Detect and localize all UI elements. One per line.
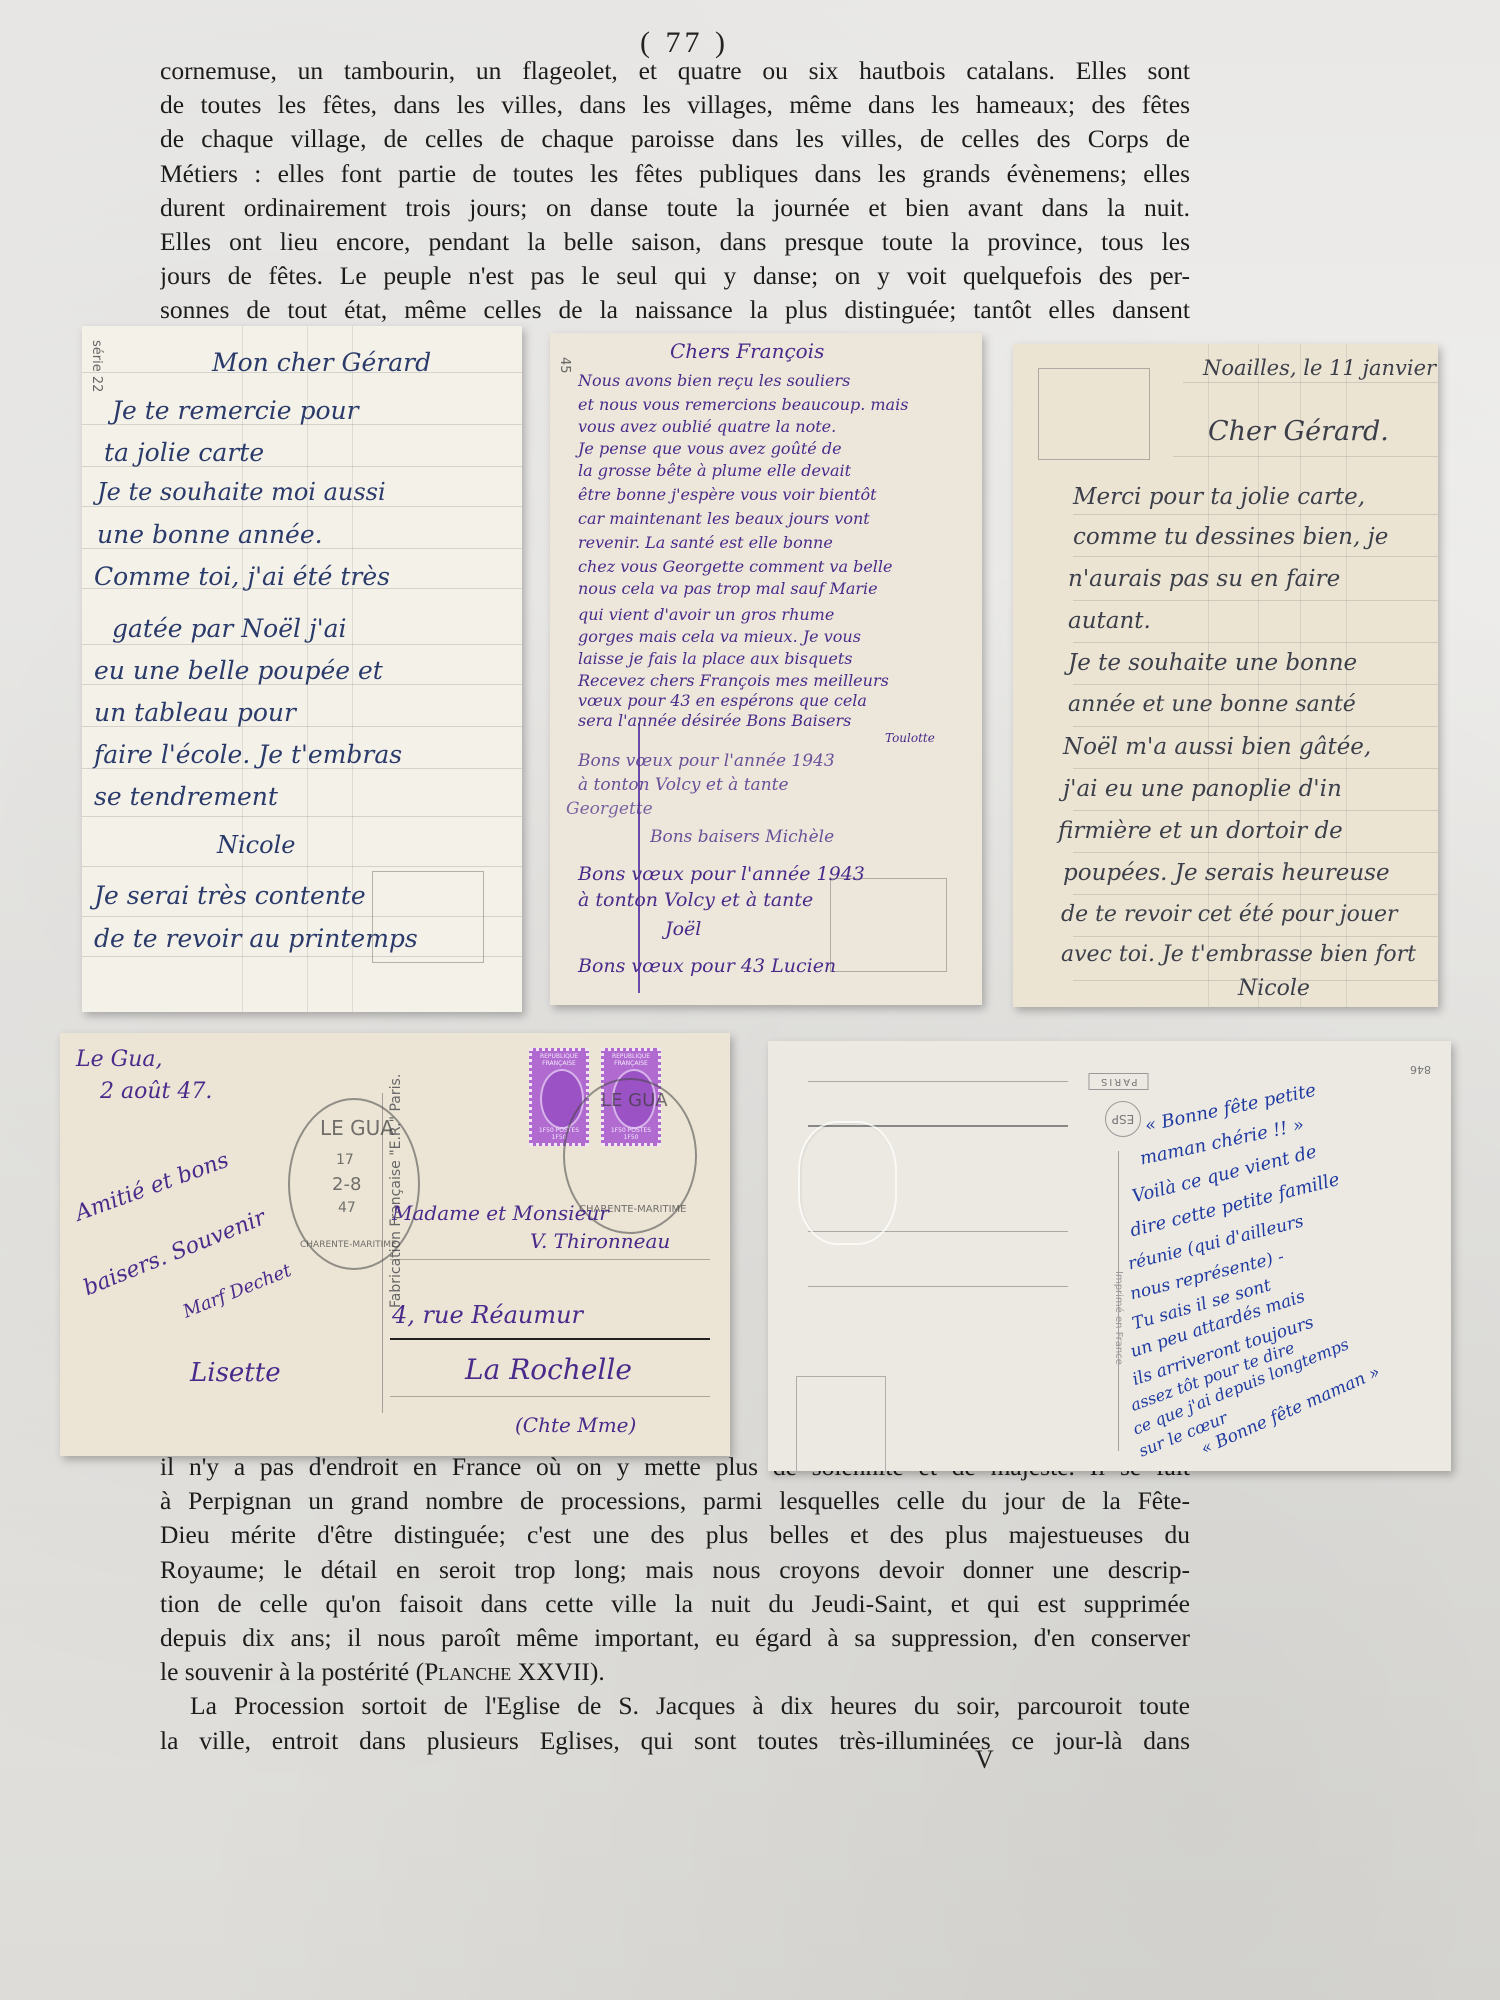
card2-line: chez vous Georgette comment va belle xyxy=(578,557,892,576)
card1-line: ta jolie carte xyxy=(104,438,264,467)
card1-signature: Nicole xyxy=(217,831,295,859)
esp-publisher-badge: ESP xyxy=(1105,1101,1141,1137)
print-line: Elles ont lieu encore, pendant la belle … xyxy=(160,225,1190,259)
card2-line: Bons vœux pour l'année 1943 xyxy=(578,863,865,885)
card2-line: sera l'année désirée Bons Baisers xyxy=(578,711,851,730)
card2-line: revenir. La santé est elle bonne xyxy=(578,533,833,552)
card2-line: laisse je fais la place aux bisquets xyxy=(578,649,852,668)
card3-line: de te revoir cet été pour jouer xyxy=(1061,902,1398,927)
print-line: la ville, entroit dans plusieurs Eglises… xyxy=(160,1724,1190,1758)
stamp-placeholder-box xyxy=(1038,368,1150,460)
card3-line: année et une bonne santé xyxy=(1068,692,1356,717)
card2-line: Bons vœux pour 43 Lucien xyxy=(578,955,836,977)
embossed-decoration-icon xyxy=(798,1121,897,1245)
card3-line: autant. xyxy=(1068,608,1151,634)
card2-line: nous cela va pas trop mal sauf Marie xyxy=(578,579,878,598)
card4-signature: Marf Dechet xyxy=(180,1260,294,1322)
card2-line: Recevez chers François mes meilleurs xyxy=(578,671,889,690)
card1-line: Comme toi, j'ai été très xyxy=(94,562,390,591)
card3-line: comme tu dessines bien, je xyxy=(1073,524,1388,550)
card2-line: à tonton Volcy et à tante xyxy=(578,775,789,795)
card3-line: Merci pour ta jolie carte, xyxy=(1073,484,1365,510)
postcard-4: Fabrication Française "E.R." Paris. LE G… xyxy=(60,1033,730,1456)
card2-line: car maintenant les beaux jours vont xyxy=(578,509,870,528)
signature-mark: V xyxy=(975,1745,994,1775)
card-number: 846 xyxy=(1410,1063,1431,1076)
card1-line: Je te souhaite moi aussi xyxy=(97,478,386,506)
postcard-1: série 22 Mon cher Gérard Je te remercie … xyxy=(82,326,522,1012)
print-line: Métiers : elles font partie de toutes le… xyxy=(160,157,1190,191)
print-line: Dieu mérite d'être distinguée; c'est une… xyxy=(160,1518,1190,1552)
card2-line: Je pense que vous avez goûté de xyxy=(578,439,842,458)
card2-line: Joël xyxy=(665,918,701,940)
card2-line: qui vient d'avoir un gros rhume xyxy=(578,605,834,624)
card1-line: une bonne année. xyxy=(97,520,323,549)
address-line: Madame et Monsieur xyxy=(392,1201,609,1225)
postcard-3: Noailles, le 11 janvier Cher Gérard. Mer… xyxy=(1013,344,1438,1007)
card4-place: Le Gua, xyxy=(76,1047,162,1072)
print-line: durent ordinairement trois jours; on dan… xyxy=(160,191,1190,225)
stamp-placeholder-box xyxy=(796,1376,886,1471)
card1-line: se tendrement xyxy=(94,782,278,811)
address-line: V. Thironneau xyxy=(530,1229,670,1253)
print-line: à Perpignan un grand nombre de processio… xyxy=(160,1484,1190,1518)
print-line: tion de celle qu'on faisoit dans cette v… xyxy=(160,1587,1190,1621)
printed-in-france-label: Imprimé en France xyxy=(1113,1271,1124,1365)
card3-signature: Nicole xyxy=(1238,976,1310,1001)
card4-signature: Lisette xyxy=(190,1358,281,1388)
card2-line: la grosse bête à plume elle devait xyxy=(578,461,851,480)
planche-reference: Planche XXVII xyxy=(424,1657,590,1686)
stamp-placeholder-box xyxy=(830,878,947,972)
series-label: série 22 xyxy=(89,340,104,392)
card3-line: avec toi. Je t'embrasse bien fort xyxy=(1061,942,1416,967)
card3-line: firmière et un dortoir de xyxy=(1058,818,1343,844)
card2-line: Chers François xyxy=(670,339,824,363)
print-line: depuis dix ans; il nous paroît même impo… xyxy=(160,1621,1190,1655)
card1-line: un tableau pour xyxy=(94,698,296,727)
card3-line: Noël m'a aussi bien gâtée, xyxy=(1063,734,1371,760)
card3-header: Noailles, le 11 janvier xyxy=(1203,356,1436,380)
card2-line: vœux pour 43 en espérons que cela xyxy=(578,691,867,710)
bottom-paragraph: il n'y a pas d'endroit en France où on y… xyxy=(160,1450,1190,1758)
card1-line: gatée par Noël j'ai xyxy=(112,614,347,643)
card1-line: eu une belle poupée et xyxy=(94,656,383,685)
top-paragraph: cornemuse, un tambourin, un flageolet, e… xyxy=(160,54,1190,328)
card4-date: 2 août 47. xyxy=(100,1079,212,1104)
card2-line: Nous avons bien reçu les souliers xyxy=(578,371,850,390)
card1-line: faire l'école. Je t'embras xyxy=(94,740,402,769)
card2-line: vous avez oublié quatre la note. xyxy=(578,417,836,436)
postcard-2: 45 Chers François Nous avons bien reçu l… xyxy=(550,333,982,1005)
print-line: Royaume; le détail en seroit trop long; … xyxy=(160,1553,1190,1587)
card1-line: Je te remercie pour xyxy=(112,396,359,425)
address-line: (Chte Mme) xyxy=(515,1413,636,1437)
card2-line: être bonne j'espère vous voir bientôt xyxy=(578,485,877,504)
series-label: 45 xyxy=(557,357,572,374)
card2-line: Georgette xyxy=(566,799,653,819)
address-line: 4, rue Réaumur xyxy=(392,1301,583,1329)
address-line: La Rochelle xyxy=(465,1353,632,1386)
print-line: cornemuse, un tambourin, un flageolet, e… xyxy=(160,54,1190,88)
card2-line: à tonton Volcy et à tante xyxy=(578,889,813,911)
card2-line: gorges mais cela va mieux. Je vous xyxy=(578,627,861,646)
print-line: jours de fêtes. Le peuple n'est pas le s… xyxy=(160,259,1190,293)
print-line: sonnes de tout état, même celles de la n… xyxy=(160,293,1190,327)
card3-line: Je te souhaite une bonne xyxy=(1068,650,1357,676)
postmark-left: LE GUA 17 2-8 47 CHARENTE-MARITIME xyxy=(288,1098,420,1270)
print-line: La Procession sortoit de l'Eglise de S. … xyxy=(160,1689,1190,1723)
paris-badge: PARIS xyxy=(1088,1073,1148,1090)
planche-line: le souvenir à la postérité (Planche XXVI… xyxy=(160,1655,1190,1689)
card2-line: Bons vœux pour l'année 1943 xyxy=(578,751,835,771)
print-line: de chaque village, de celles de chaque p… xyxy=(160,122,1190,156)
card3-line: j'ai eu une panoplie d'in xyxy=(1063,776,1342,802)
card3-line: poupées. Je serais heureuse xyxy=(1063,860,1390,886)
card2-line: Bons baisers Michèle xyxy=(650,827,834,847)
card3-greeting: Cher Gérard. xyxy=(1208,416,1389,447)
card2-signature: Toulotte xyxy=(885,731,935,745)
print-line: de toutes les fêtes, dans les villes, da… xyxy=(160,88,1190,122)
card4-message: Amitié et bons xyxy=(72,1148,232,1227)
card3-line: n'aurais pas su en faire xyxy=(1068,566,1340,592)
postcard-5: Imprimé en France PARIS ESP 846 « Bonne … xyxy=(768,1041,1451,1471)
card1-line: Mon cher Gérard xyxy=(212,348,431,377)
card2-line: et nous vous remercions beaucoup. mais xyxy=(578,395,908,414)
card1-line: de te revoir au printemps xyxy=(94,924,418,953)
card1-line: Je serai très contente xyxy=(94,881,366,910)
